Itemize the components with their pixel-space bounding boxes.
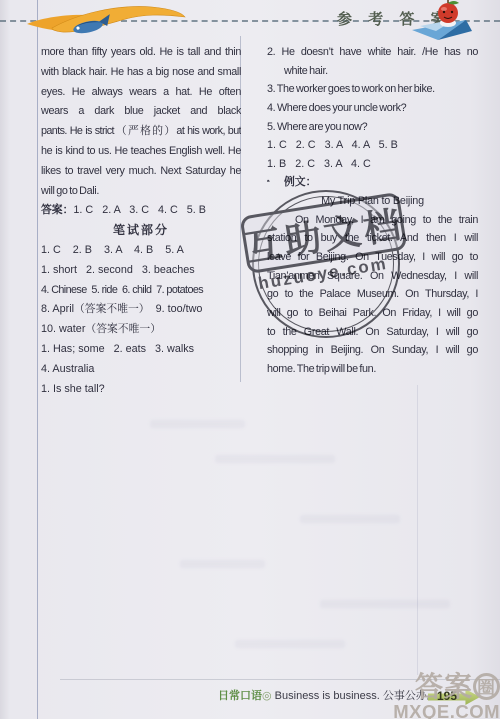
listening-answers-line: 答案：1. C 2. A 3. C 4. C 5. B (41, 201, 241, 221)
item-line: 3. The worker goes to work on her bike. (267, 80, 478, 99)
answer-book-page: 参 考 答 案 more than fifty years old. He is… (0, 0, 500, 719)
apple-airplane-mascot-icon (396, 0, 476, 46)
section-answers: 1. Is she tall? (41, 383, 105, 395)
item-line: 2. He doesn’t have white hair. /He has n… (267, 43, 478, 62)
bleed-smudge (180, 560, 265, 568)
section-answers: 1. C 2. B 3. A 4. B 5. A (41, 244, 184, 256)
paragraph-line: pants. He is strict（严格的）at his work, but (41, 122, 241, 142)
paragraph-line: he is kind to us. He teaches English wel… (41, 142, 241, 162)
paragraph-line: likes to travel very much. Next Saturday… (41, 162, 241, 182)
model-essay-label: 例文： (267, 176, 316, 188)
paragraph-line: more than fifty years old. He is tall an… (41, 43, 241, 63)
answer-circle-logo: 答案圈 (393, 673, 500, 701)
bullseye-icon: ◎ (262, 690, 272, 702)
section-row-8: 八1. Is she tall? (41, 380, 241, 400)
left-margin-line (37, 0, 38, 719)
left-column: more than fifty years old. He is tall an… (41, 43, 241, 399)
watermark-circle-char: 圈 (473, 673, 500, 700)
answers-label: 答案： (41, 204, 73, 216)
item-line: 4. Where does your uncle work? (267, 99, 478, 118)
watermark-logo-text: 答案 (415, 671, 473, 702)
section-answers: 10. water（答案不唯一） (41, 320, 241, 340)
essay-line: shopping in Beijing. On Sunday, I will g… (267, 341, 478, 360)
paragraph-line: will go to Dali. (41, 182, 241, 202)
huzuoye-stamp: 互助文档 huzuoye.com (252, 190, 400, 338)
essay-line: home. The trip will be fun. (267, 360, 478, 379)
paragraph-line: wears a dark blue jacket and black (41, 102, 241, 122)
footer-english: Business is business. (275, 690, 380, 702)
section-row-9: 九1. C 2. C 3. A 4. A 5. B (267, 136, 478, 155)
answers-values: 1. C 2. A 3. C 4. C 5. B (73, 204, 206, 216)
daily-speech-label: 日常口语 (218, 690, 262, 702)
bleed-smudge (150, 420, 245, 428)
section-answers: 1. short 2. second 3. beaches (41, 264, 195, 276)
section-answers: 4. Australia (41, 360, 241, 380)
section-row-6: 六1. short 2. second 3. beaches (41, 261, 241, 281)
section-row-10: 十1. B 2. C 3. A 4. C (267, 155, 478, 174)
item-line: white hair. (267, 62, 478, 81)
watermark-site-text: MXQE.COM (393, 703, 500, 719)
section-answers: 1. Has; some 2. eats 3. walks (41, 343, 194, 355)
section-row-5: 五1. C 2. B 3. A 4. B 5. A (41, 241, 241, 261)
bleed-smudge (215, 455, 335, 463)
written-section-heading: 笔试部分 (41, 221, 241, 241)
paragraph-line: eyes. He always wears a hat. He often (41, 83, 241, 103)
section-answers: 4. Chinese 5. ride 6. child 7. potatoes (41, 281, 241, 301)
section-answers: 1. C 2. C 3. A 4. A 5. B (267, 139, 398, 151)
paragraph-line: with black hair. He has a big nose and s… (41, 63, 241, 83)
section-answers: 8. April（答案不唯一） 9. too/two (41, 300, 241, 320)
bleed-smudge (235, 640, 345, 648)
bleed-smudge (300, 515, 400, 523)
mxqe-watermark: 答案圈 MXQE.COM (393, 673, 500, 719)
section-answers: 1. B 2. C 3. A 4. C (267, 158, 371, 170)
item-line: 5. Where are you now? (267, 118, 478, 137)
bleed-smudge (320, 600, 450, 608)
bleed-through-margin-line (417, 385, 418, 675)
section-row-7: 七1. Has; some 2. eats 3. walks (41, 340, 241, 360)
ribbon-fish-decoration-icon (22, 2, 187, 38)
